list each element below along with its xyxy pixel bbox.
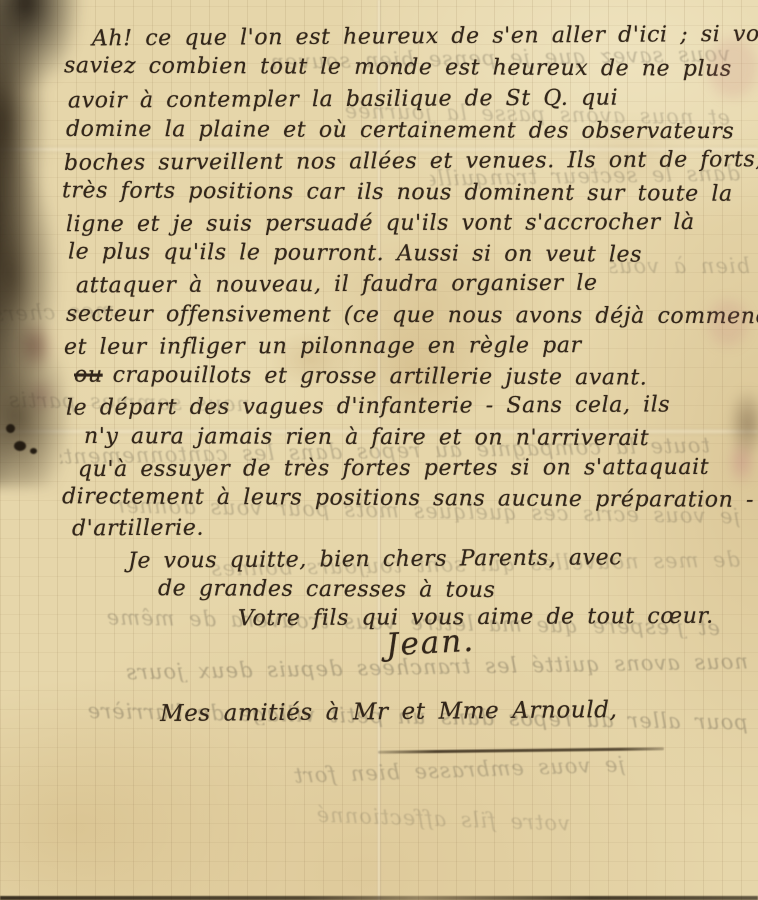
letter-line: domine la plaine et où certainement des … (66, 119, 734, 143)
stain-speck (30, 448, 37, 454)
letter-line: secteur offensivement (ce que nous avons… (66, 304, 758, 329)
bleedthrough-text: je vous embrasse bien fort (185, 754, 625, 790)
bleedthrough-text: nous avons quitté les tranchées depuis d… (0, 651, 748, 685)
letter-line: boches surveillent nos allées et venues.… (64, 149, 758, 175)
postscript-line: Mes amitiés à Mr et Mme Arnould, (160, 699, 618, 726)
right-edge-smear (717, 385, 758, 495)
letter-line: très forts positions car ils nous domine… (62, 180, 733, 206)
closing-line: Votre fils qui vous aime de tout cœur. (238, 606, 714, 630)
letter-line: d'artillerie. (72, 518, 204, 541)
pink-tint-spot (708, 300, 748, 346)
stain-speck (14, 441, 26, 451)
pink-tint-spot (708, 38, 758, 98)
left-edge-stain (0, 0, 125, 487)
letter-line: le plus qu'ils le pourront. Aussi si on … (68, 241, 642, 266)
letter-line: directement à leurs positions sans aucun… (62, 486, 754, 512)
bottom-edge-shadow (0, 896, 758, 900)
letter-line: n'y aura jamais rien à faire et on n'arr… (84, 426, 649, 450)
letter-line: crapouillots et grosse artillerie juste … (113, 363, 648, 391)
letter-line: Ah! ce que l'on est heureux de s'en alle… (92, 24, 758, 51)
signature: Jean. (385, 626, 476, 662)
closing-line: Je vous quitte, bien chers Parents, avec (128, 547, 622, 572)
letter-line: ligne et je suis persuadé qu'ils vont s'… (66, 212, 695, 236)
letter-line: le départ des vagues d'infanterie - Sans… (66, 394, 670, 419)
bleedthrough-text: votre fils affectionné (250, 802, 571, 834)
letter-line: attaquer à nouveau, il faudra organiser … (76, 273, 598, 298)
letter-line: qu'à essuyer de très fortes pertes si on… (78, 457, 709, 481)
letter-scan: vous savez que je pense bien souvent et … (0, 0, 758, 900)
closing-line: de grandes caresses à tous (158, 578, 496, 602)
letter-line: avoir à contempler la basilique de St Q.… (68, 88, 618, 113)
letter-line: et leur infliger un pilonnage en règle p… (64, 335, 582, 359)
letter-line: saviez combien tout le monde est heureux… (64, 55, 732, 80)
postscript-underline (378, 747, 664, 753)
letter-line-with-strike: oucrapouillots et grosse artillerie just… (74, 364, 648, 389)
stain-speck (6, 424, 15, 433)
